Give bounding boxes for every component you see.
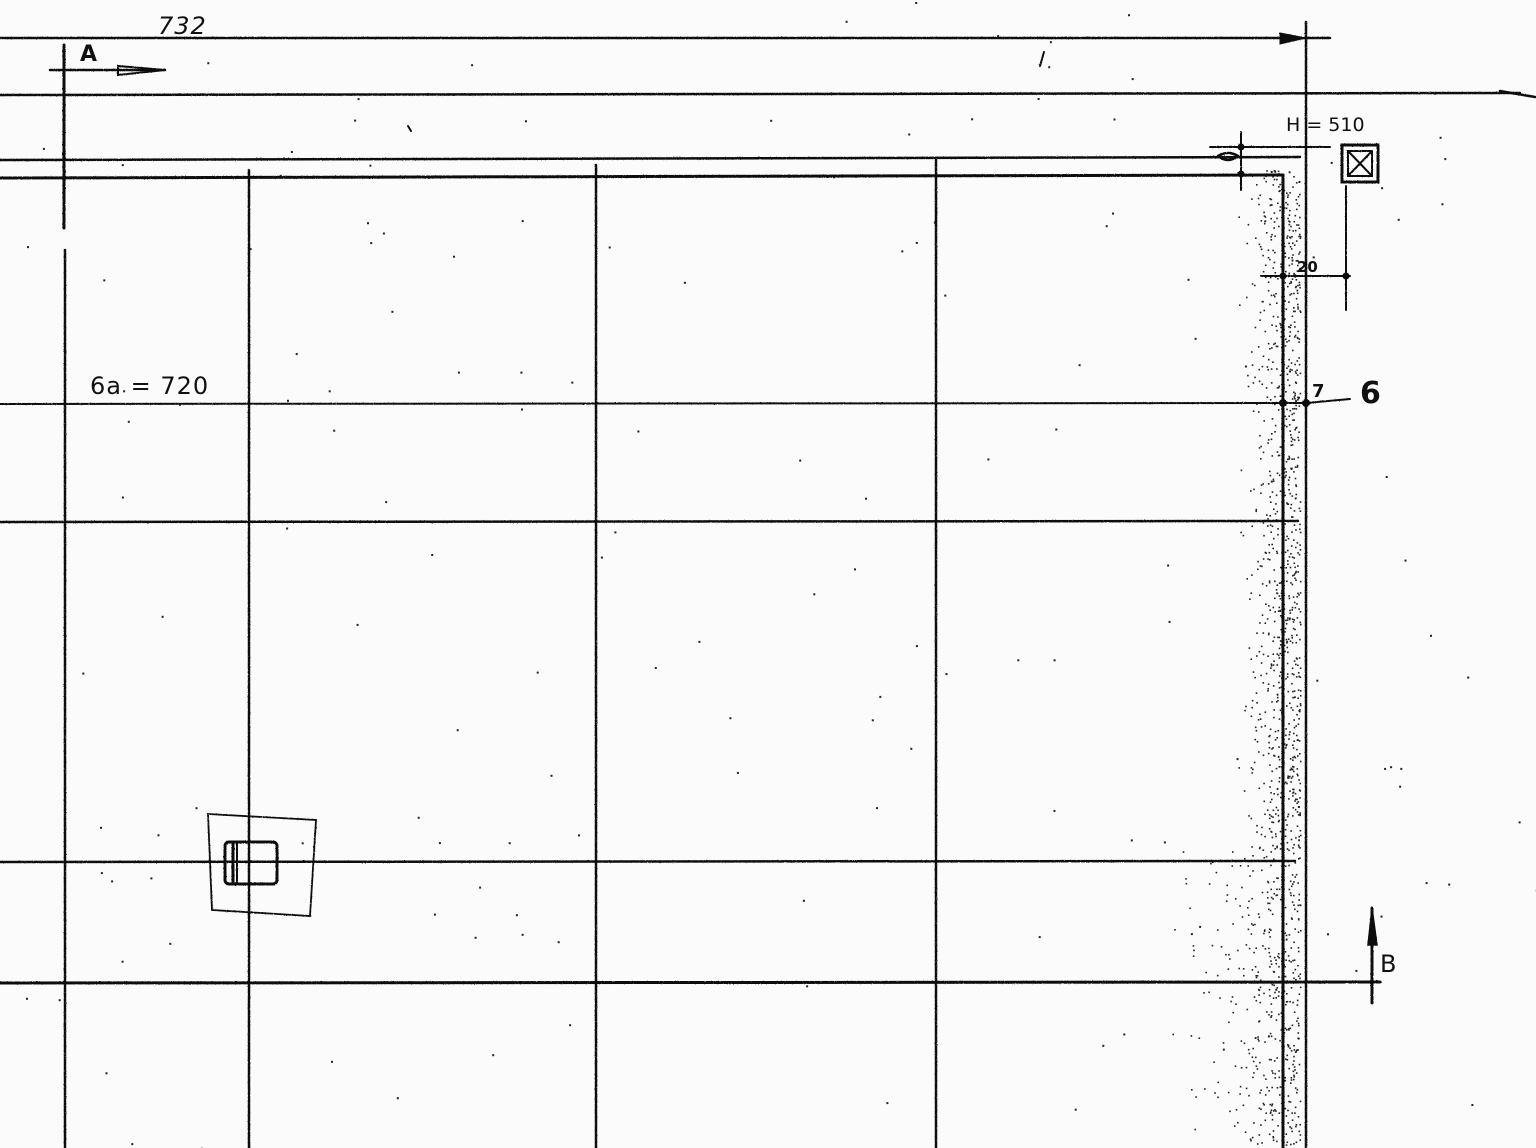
ventilation-shaft-icon — [1342, 145, 1378, 182]
dimension-arrowhead — [1280, 33, 1306, 44]
section-b-label: B — [1380, 950, 1396, 978]
wall-top-inner — [0, 175, 1283, 178]
grid-axis-h3 — [0, 861, 1295, 862]
scan-noise — [26, 2, 1536, 1148]
section-b-marker — [1368, 908, 1377, 1003]
module-label: 6a = 720 — [90, 372, 209, 400]
offset-dimension-struck-label: 7 — [1312, 381, 1325, 402]
column-detail-icon — [208, 814, 316, 916]
offset-dimension-20-label: 20 — [1297, 258, 1318, 276]
grid-axis-h2 — [0, 521, 1298, 522]
grid-axis-h4 — [0, 982, 1380, 983]
overall-dimension-label: 732 — [158, 12, 207, 40]
height-label: H = 510 — [1286, 114, 1365, 136]
section-a-label: A — [80, 42, 97, 67]
plan-drawing — [0, 0, 1536, 1148]
offset-dimension-6-label: 6 — [1360, 376, 1381, 411]
wall-top-outer — [0, 157, 1300, 160]
section-a-line — [0, 93, 1520, 95]
grid-axis-h1 — [0, 403, 1310, 404]
